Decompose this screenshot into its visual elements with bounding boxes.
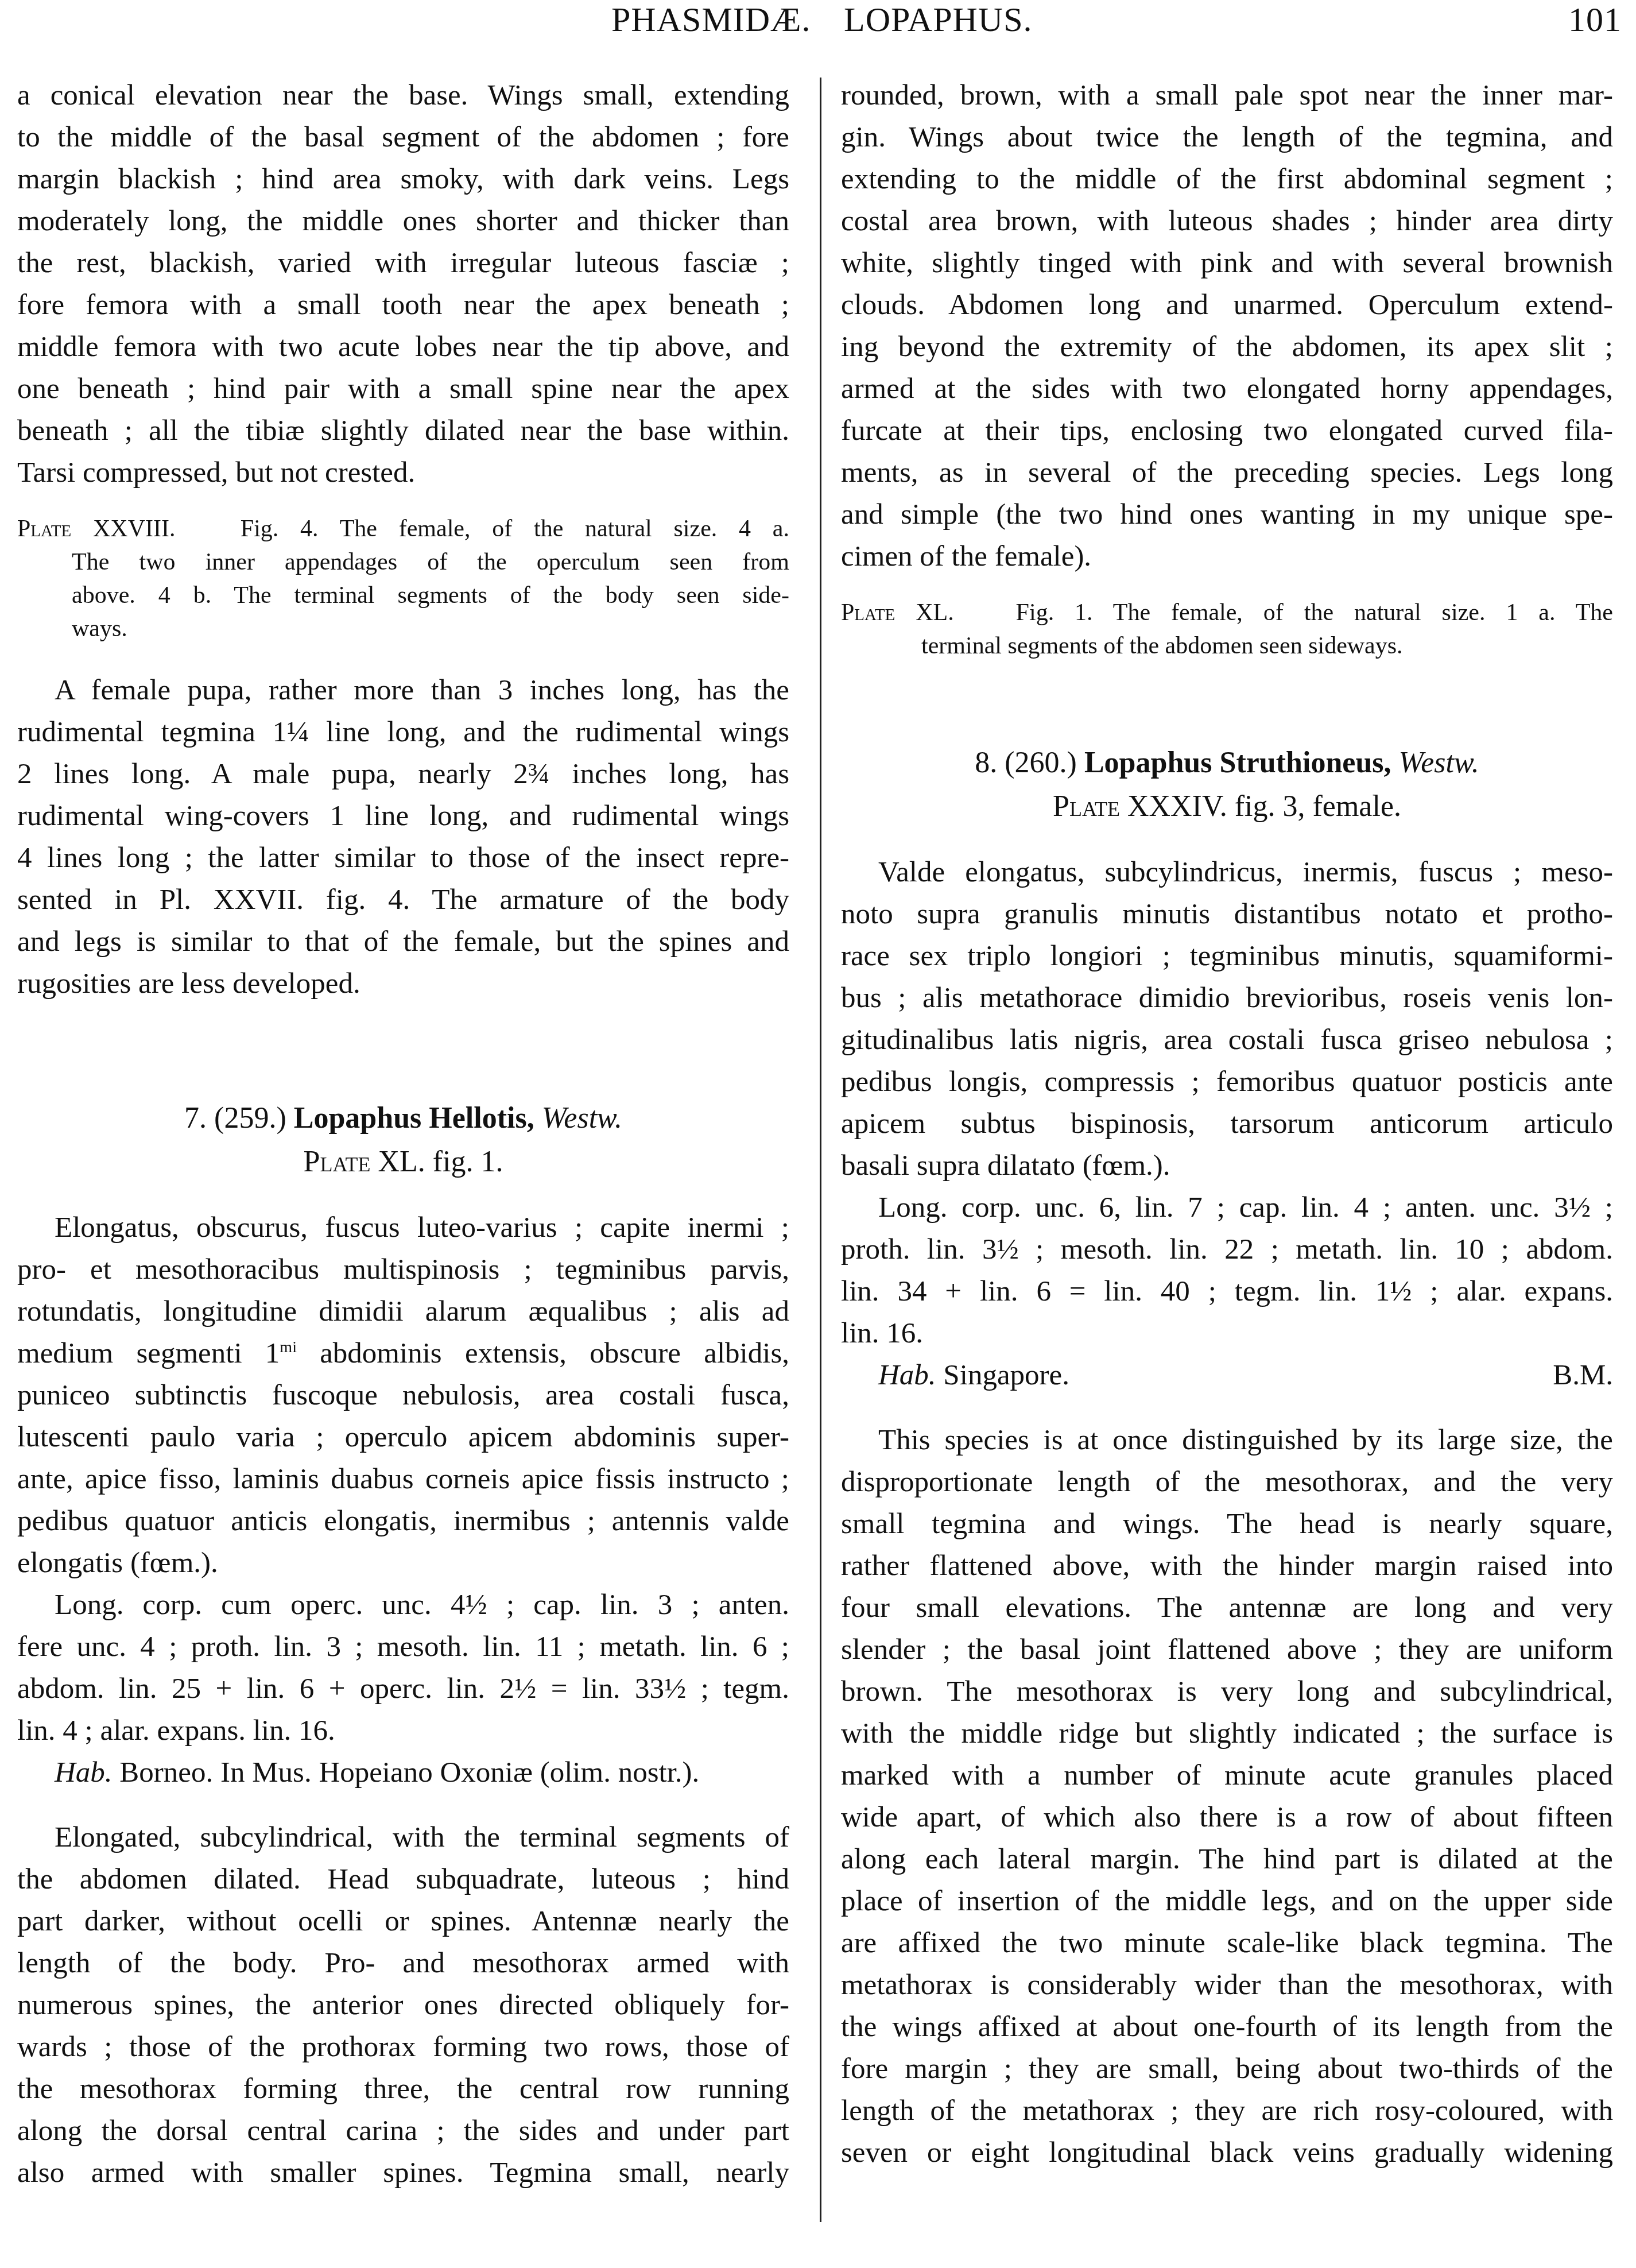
text-line: length of the metathorax ; they are rich… [841,2090,1613,2132]
header-family: PHASMIDÆ. [611,0,811,40]
paragraph-description-continued: rounded, brown, with a small pale spot n… [841,75,1613,578]
habitat-text: Singapore. [943,1359,1069,1391]
text-line: wide apart, of which also there is a row… [841,1797,1613,1839]
text-line: Valde elongatus, subcylindricus, inermis… [841,852,1613,893]
text-line: seven or eight longitudinal black veins … [841,2132,1613,2174]
plate-caption-text: Fig. 1. The female, of the natural size.… [1016,599,1613,626]
species-name: Lopaphus Struthioneus, [1084,746,1391,779]
plate-caption-text: terminal segments of the abdomen seen si… [841,629,1613,663]
text-line: abdom. lin. 25 + lin. 6 + operc. lin. 2½… [17,1668,789,1710]
text-line: rudimental tegmina 1¼ line long, and the… [17,711,789,753]
text-line: and legs is similar to that of the femal… [17,921,789,963]
text-line: also armed with smaller spines. Tegmina … [17,2152,789,2194]
text-line: with the middle ridge but slightly indic… [841,1713,1613,1755]
text-line: and simple (the two hind ones wanting in… [841,494,1613,536]
text-line: Elongatus, obscurus, fuscus luteo-varius… [17,1207,789,1249]
species-number: 7. (259.) [184,1102,286,1135]
text-line: middle femora with two acute lobes near … [17,326,789,368]
text-line: clouds. Abdomen long and unarmed. Opercu… [841,284,1613,326]
species-number: 8. (260.) [975,746,1077,779]
text-line: Long. corp. cum operc. unc. 4½ ; cap. li… [17,1584,789,1626]
habitat-label: Hab. [878,1359,936,1391]
text-line: apicem subtus bispinosis, tarsorum antic… [841,1103,1613,1145]
text-line: A female pupa, rather more than 3 inches… [17,669,789,711]
text-line: rugosities are less developed. [17,963,789,1005]
text-line: margin blackish ; hind area smoky, with … [17,158,789,200]
text-line: lin. 34 + lin. 6 = lin. 40 ; tegm. lin. … [841,1271,1613,1313]
text-line: basali supra dilatato (fœm.). [841,1145,1613,1187]
text-line: metathorax is considerably wider than th… [841,1964,1613,2006]
text-line: the wings affixed at about one-fourth of… [841,2006,1613,2048]
text-line: lutescenti paulo varia ; operculo apicem… [17,1416,789,1458]
plate-label: Plate [304,1145,371,1178]
text-line: furcate at their tips, enclosing two elo… [841,410,1613,452]
text-line: cimen of the female). [841,536,1613,578]
text-line: slender ; the basal joint flattened abov… [841,1629,1613,1671]
species-heading-7: 7. (259.) Lopaphus Hellotis, Westw. Plat… [17,1097,789,1184]
text-line: noto supra granulis minutis distantibus … [841,893,1613,935]
text-line: rounded, brown, with a small pale spot n… [841,75,1613,117]
text-line: along each lateral margin. The hind part… [841,1839,1613,1880]
habitat-label: Hab. [55,1756,113,1789]
page-number: 101 [1568,0,1622,40]
text-line: Elongated, subcylindrical, with the term… [17,1817,789,1859]
text-line: length of the body. Pro- and mesothorax … [17,1942,789,1984]
text-line: gin. Wings about twice the length of the… [841,117,1613,158]
text-line: rudimental wing-covers 1 line long, and … [17,795,789,837]
text-line: Long. corp. unc. 6, lin. 7 ; cap. lin. 4… [841,1187,1613,1229]
text-line: rotundatis, longitudine dimidii alarum æ… [17,1291,789,1333]
text-line: lin. 16. [841,1313,1613,1354]
paragraph-pupa: A female pupa, rather more than 3 inches… [17,669,789,1005]
plate-reference: XL. fig. 1. [378,1145,503,1178]
text-line: a conical elevation near the base. Wings… [17,75,789,117]
text-line: disproportionate length of the mesothora… [841,1461,1613,1503]
column-divider [820,78,821,2222]
text-line: lin. 4 ; alar. expans. lin. 16. [17,1710,789,1752]
text-line: the mesothorax forming three, the centra… [17,2068,789,2110]
text-line: fore femora with a small tooth near the … [17,284,789,326]
paragraph-english-description-7: Elongated, subcylindrical, with the term… [17,1817,789,2194]
text-line: pro- et mesothoracibus multispinosis ; t… [17,1249,789,1291]
plate-label: Plate [1053,790,1120,823]
habitat-7: Hab. Borneo. In Mus. Hopeiano Oxoniæ (ol… [17,1752,789,1794]
collection-code: B.M. [1553,1354,1613,1396]
text-line: ing beyond the extremity of the abdomen,… [841,326,1613,368]
text-line: to the middle of the basal segment of th… [17,117,789,158]
measurements-8: Long. corp. unc. 6, lin. 7 ; cap. lin. 4… [841,1187,1613,1354]
text-line: numerous spines, the anterior ones direc… [17,1984,789,2026]
text-line: one beneath ; hind pair with a small spi… [17,368,789,410]
text-line: armed at the sides with two elongated ho… [841,368,1613,410]
text-line: part darker, without ocelli or spines. A… [17,1901,789,1942]
text-line: ments, as in several of the preceding sp… [841,452,1613,494]
plate-caption-text: above. 4 b. The terminal segments of the… [17,579,789,612]
text-line: extending to the middle of the first abd… [841,158,1613,200]
text-line: 4 lines long ; the latter similar to tho… [17,837,789,879]
species-name: Lopaphus Hellotis, [294,1102,534,1135]
text-line: sented in Pl. XXVII. fig. 4. The armatur… [17,879,789,921]
text-line: bus ; alis metathorace dimidio breviorib… [841,977,1613,1019]
text-line: the rest, blackish, varied with irregula… [17,242,789,284]
text-line: the abdomen dilated. Head subquadrate, l… [17,1859,789,1901]
text-line: brown. The mesothorax is very long and s… [841,1671,1613,1713]
text-line: place of insertion of the middle legs, a… [841,1880,1613,1922]
text-line: ante, apice fisso, laminis duabus cornei… [17,1458,789,1500]
header-genus: LOPAPHUS. [844,0,1033,40]
text-line: beneath ; all the tibiæ slightly dilated… [17,410,789,452]
species-author: Westw. [542,1102,622,1135]
plate-caption-text: ways. [17,612,789,645]
plate-caption-text: The two inner appendages of the operculu… [17,545,789,579]
text-line: wards ; those of the prothorax forming t… [17,2026,789,2068]
plate-caption-xxviii: Plate XXVIII. Fig. 4. The female, of the… [17,512,789,645]
plate-reference: XXXIV. fig. 3, female. [1127,790,1401,823]
text-line: gitudinalibus latis nigris, area costali… [841,1019,1613,1061]
measurements-7: Long. corp. cum operc. unc. 4½ ; cap. li… [17,1584,789,1752]
species-heading-8: 8. (260.) Lopaphus Struthioneus, Westw. … [841,741,1613,829]
text-line: fore margin ; they are small, being abou… [841,2048,1613,2090]
habitat-8: Hab. Singapore. B.M. [841,1354,1613,1396]
text-line: along the dorsal central carina ; the si… [17,2110,789,2152]
species-author: Westw. [1399,746,1479,779]
text-line: pedibus longis, compressis ; femoribus q… [841,1061,1613,1103]
text-line: puniceo subtinctis fuscoque nebulosis, a… [17,1375,789,1416]
running-header: PHASMIDÆ. LOPAPHUS. 101 [0,0,1636,40]
plate-label: Plate XXVIII. [17,516,175,542]
text-line: small tegmina and wings. The head is nea… [841,1503,1613,1545]
habitat-text: Borneo. In Mus. Hopeiano Oxoniæ (olim. n… [119,1756,699,1789]
text-line: marked with a number of minute acute gra… [841,1755,1613,1797]
text-line: costal area brown, with luteous shades ;… [841,200,1613,242]
latin-description-7: Elongatus, obscurus, fuscus luteo-varius… [17,1207,789,1584]
text-line: This species is at once distinguished by… [841,1419,1613,1461]
text-line: race sex triplo longiori ; tegminibus mi… [841,935,1613,977]
plate-caption-xl: Plate XL. Fig. 1. The female, of the nat… [841,596,1613,663]
text-line: fere unc. 4 ; proth. lin. 3 ; mesoth. li… [17,1626,789,1668]
latin-description-8: Valde elongatus, subcylindricus, inermis… [841,852,1613,1187]
text-line: white, slightly tinged with pink and wit… [841,242,1613,284]
text-line: Tarsi compressed, but not crested. [17,452,789,494]
right-column: rounded, brown, with a small pale spot n… [841,75,1613,2174]
text-line: proth. lin. 3½ ; mesoth. lin. 22 ; metat… [841,1229,1613,1271]
plate-caption-text: Fig. 4. The female, of the natural size.… [241,516,789,542]
paragraph-english-description-8: This species is at once distinguished by… [841,1419,1613,2174]
text-line: four small elevations. The antennæ are l… [841,1587,1613,1629]
text-line: pedibus quatuor anticis elongatis, inerm… [17,1500,789,1542]
paragraph-description-continued: a conical elevation near the base. Wings… [17,75,789,494]
plate-label: Plate XL. [841,599,954,626]
left-column: a conical elevation near the base. Wings… [17,75,789,2194]
text-line: moderately long, the middle ones shorter… [17,200,789,242]
text-line: elongatis (fœm.). [17,1542,789,1584]
text-line: rather flattened above, with the hinder … [841,1545,1613,1587]
text-line: medium segmenti 1mi abdominis extensis, … [17,1333,789,1375]
text-line: 2 lines long. A male pupa, nearly 2¾ inc… [17,753,789,795]
text-line: are affixed the two minute scale-like bl… [841,1922,1613,1964]
